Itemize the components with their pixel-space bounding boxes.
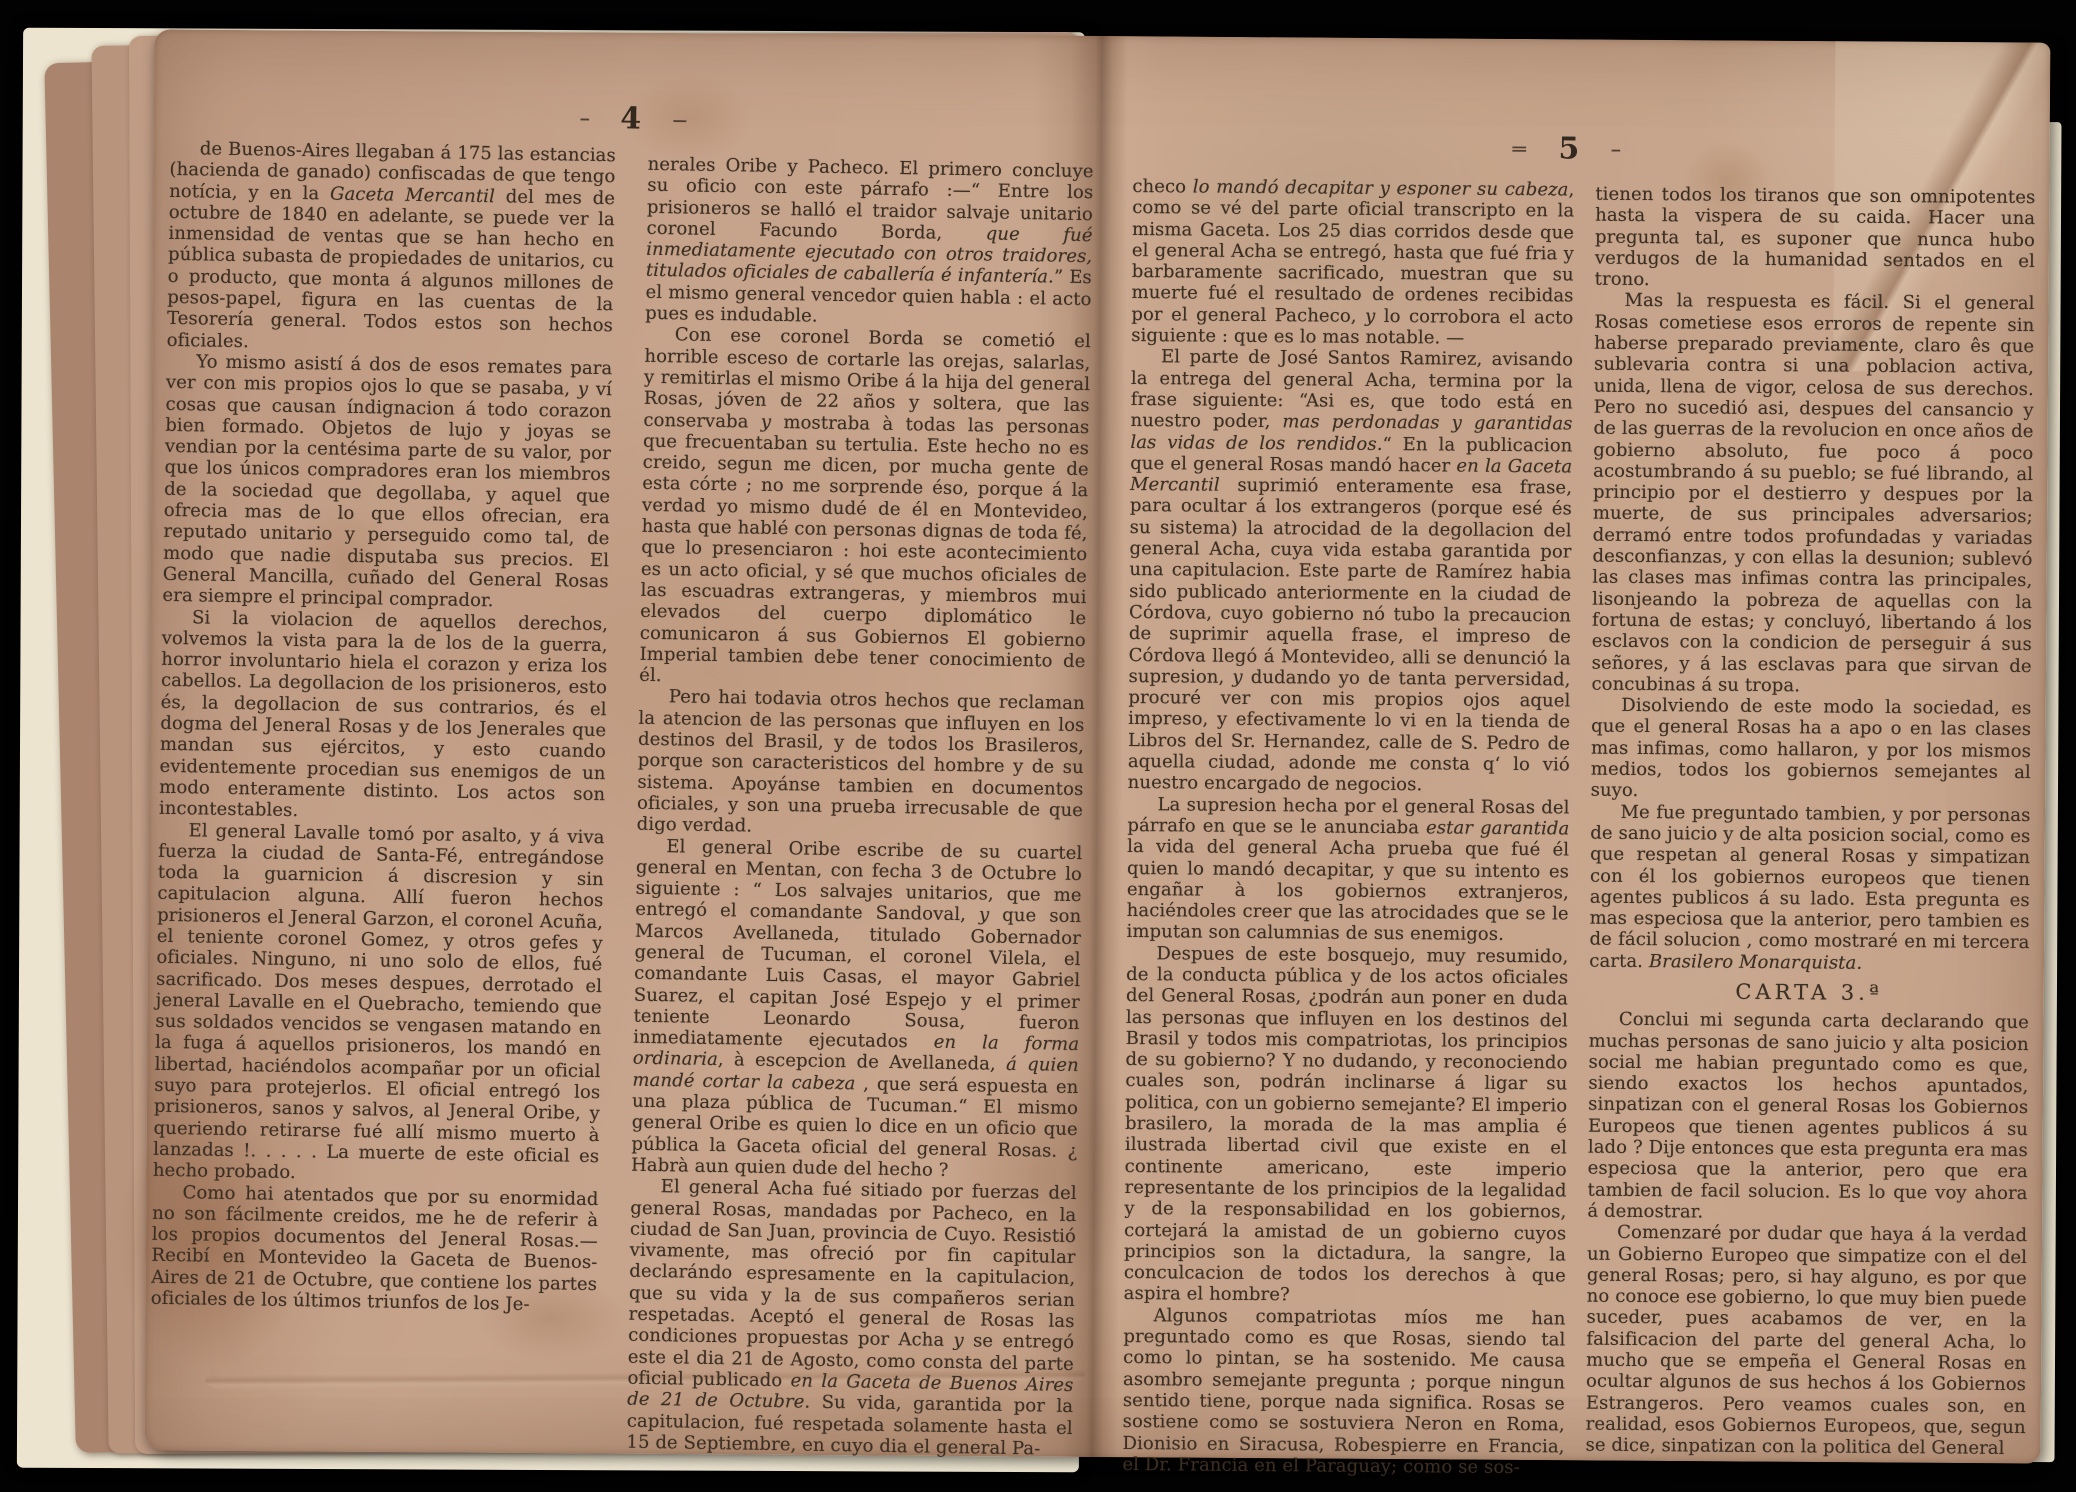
paragraph: Pero hai todavia otros hechos que reclam… xyxy=(637,686,1085,842)
paragraph: Como hai atentados que por su enormidad … xyxy=(151,1181,599,1316)
paragraph: El general Acha fué sitiado por fuerzas … xyxy=(626,1176,1077,1460)
header-dash: – xyxy=(579,109,590,127)
paragraph: Algunos compatriotas míos me han pregunt… xyxy=(1122,1305,1565,1479)
page-5-column-1: checo lo mandó decapitar y esponer su ca… xyxy=(1122,176,1574,1479)
header-dash: ‒ xyxy=(672,111,688,129)
scanned-book-photo: – 4 ‒ de Buenos-Aires llegaban á 175 las… xyxy=(0,0,2076,1492)
section-heading: CARTA 3.ª xyxy=(1589,981,2029,1006)
paragraph: La supresion hecha por el general Rosas … xyxy=(1126,794,1569,947)
page-5-number: 5 xyxy=(1558,131,1580,166)
paragraph: Con ese coronel Borda se cometió el horr… xyxy=(639,324,1091,693)
paragraph: Comenzaré por dudar que haya á la verdad… xyxy=(1585,1222,2027,1460)
paragraph: El general Oribe escribe de su cuartel g… xyxy=(631,835,1083,1183)
paragraph: nerales Oribe y Pacheco. El primero conc… xyxy=(645,154,1094,332)
paragraph: Yo mismo asistí á dos de esos remates pa… xyxy=(162,351,612,614)
paragraph: de Buenos-Aires llegaban á 175 las estan… xyxy=(167,138,616,358)
paragraph: Conclui mi segunda carta declarando que … xyxy=(1587,1009,2029,1225)
header-dash: – xyxy=(1610,140,1621,158)
page-4-header: – 4 ‒ xyxy=(518,100,749,139)
paragraph: checo lo mandó decapitar y esponer su ca… xyxy=(1131,176,1574,350)
page-4: – 4 ‒ de Buenos-Aires llegaban á 175 las… xyxy=(132,28,1100,1464)
page-5: = 5 – checo lo mandó decapitar y esponer… xyxy=(1088,36,2050,1464)
header-dash: = xyxy=(1510,139,1529,157)
paragraph: tienen todos los tiranos que son omnipot… xyxy=(1595,184,2036,294)
page-4-column-2: nerales Oribe y Pacheco. El primero conc… xyxy=(626,154,1093,1460)
paragraph: Si la violacion de aquellos derechos, vo… xyxy=(159,606,608,826)
page-5-column-2: tienen todos los tiranos que son omnipot… xyxy=(1585,184,2035,1460)
book-spread: – 4 ‒ de Buenos-Aires llegaban á 175 las… xyxy=(145,29,2051,1463)
paragraph: Despues de este bosquejo, muy resumido, … xyxy=(1124,943,1569,1309)
page-4-number: 4 xyxy=(620,101,642,136)
paragraph: Me fue preguntado tambien, y por persona… xyxy=(1589,801,2030,975)
paragraph: El parte de José Santos Ramirez, avisand… xyxy=(1128,346,1573,797)
page-5-header: = 5 – xyxy=(1451,131,1681,168)
paragraph: Disolviendo de este modo la sociedad, es… xyxy=(1591,695,2032,805)
paragraph: El general Lavalle tomó por asalto, y á … xyxy=(153,819,605,1188)
page-4-column-1: de Buenos-Aires llegaban á 175 las estan… xyxy=(151,138,616,1317)
paragraph: Mas la respuesta es fácil. Si el general… xyxy=(1591,290,2034,698)
